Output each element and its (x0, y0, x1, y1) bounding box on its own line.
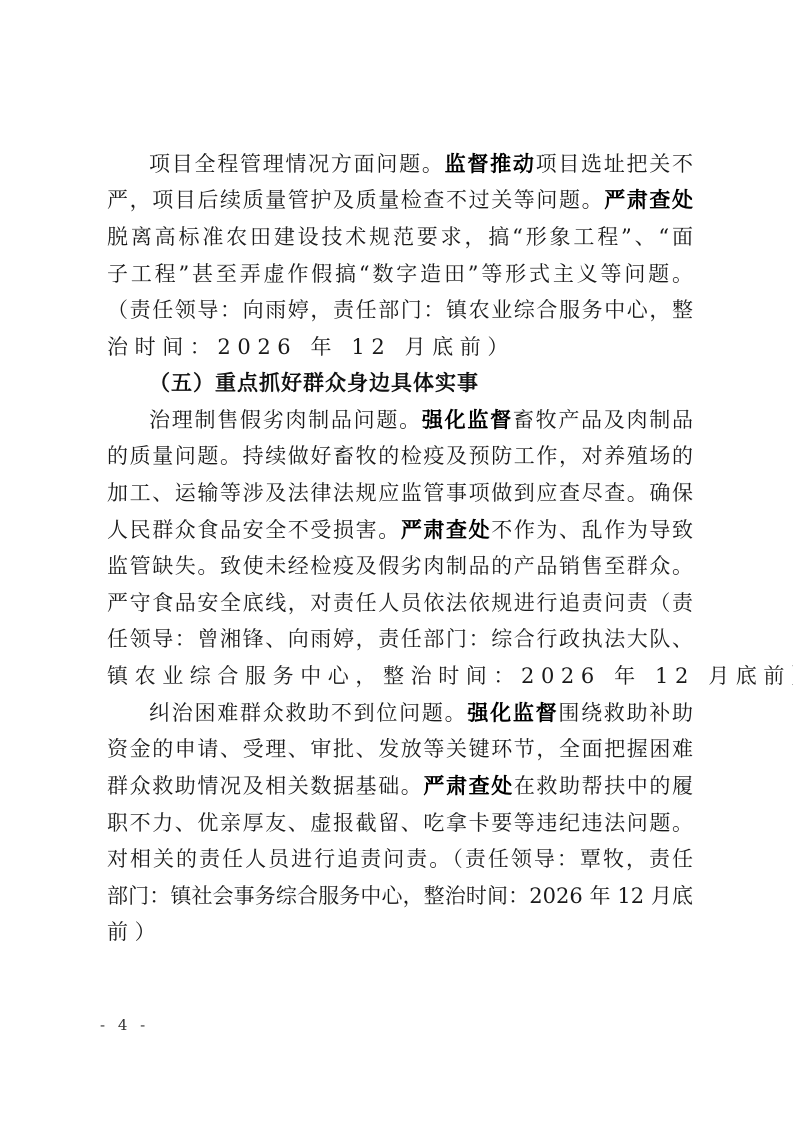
text-line: 严，项目后续质量管护及质量检查不过关等问题。严肃查处 (107, 185, 693, 215)
text-line: 群众救助情况及相关数据基础。严肃查处在救助帮扶中的履 (107, 771, 693, 801)
text-run: 在救助帮扶中的履 (514, 774, 693, 798)
text-run: 职不力、优亲厚友、虚报截留、吃拿卡要等违纪违法问题。 (107, 811, 693, 835)
text-run: 纠治困难群众救助不到位问题。 (149, 701, 467, 725)
text-run: 项目选址把关不 (536, 152, 693, 176)
text-line: 的质量问题。持续做好畜牧的检疫及预防工作，对养殖场的 (107, 441, 693, 471)
text-run: （责任领导：向雨婷，责任部门：镇农业综合服务中心，整 (107, 298, 693, 322)
text-line: 子工程”甚至弄虚作假搞“数字造田”等形式主义等问题。 (107, 259, 693, 289)
text-line: 资金的申请、受理、审批、发放等关键环节，全面把握困难 (107, 734, 693, 764)
text-run: 部门：镇社会事务综合服务中心，整治时间：2026 年 12 月底 (107, 884, 693, 908)
bold-keyword: 监督推动 (445, 152, 536, 176)
text-run: 加工、运输等涉及法律法规应监管事项做到应查尽查。确保 (107, 481, 693, 505)
text-line: 职不力、优亲厚友、虚报截留、吃拿卡要等违纪违法问题。 (107, 808, 693, 838)
text-line: 部门：镇社会事务综合服务中心，整治时间：2026 年 12 月底 (107, 881, 693, 911)
bold-keyword: 强化监督 (422, 408, 513, 432)
text-line: 项目全程管理情况方面问题。监督推动项目选址把关不 (149, 149, 693, 179)
text-line: 治理制售假劣肉制品问题。强化监督畜牧产品及肉制品 (149, 405, 693, 435)
text-run: 监管缺失。致使未经检疫及假劣肉制品的产品销售至群众。 (107, 554, 693, 578)
document-page: 项目全程管理情况方面问题。监督推动项目选址把关不 严，项目后续质量管护及质量检查… (0, 0, 793, 1122)
text-run: 围绕救助补助 (558, 701, 693, 725)
text-line: 任领导：曾湘锋、向雨婷，责任部门：综合行政执法大队、 (107, 624, 693, 654)
text-line: 监管缺失。致使未经检疫及假劣肉制品的产品销售至群众。 (107, 551, 693, 581)
section-heading: （五）重点抓好群众身边具体实事 (149, 368, 479, 398)
text-line: 加工、运输等涉及法律法规应监管事项做到应查尽查。确保 (107, 478, 693, 508)
text-run: 对相关的责任人员进行追责问责。（责任领导：覃牧，责任 (107, 847, 693, 871)
text-line: 治时间：2026 年 12 月底前） (107, 332, 693, 362)
text-line: 前） (107, 917, 693, 947)
bold-keyword: 强化监督 (467, 701, 558, 725)
text-run: 镇农业综合服务中心，整治时间：2026 年 12 月底前） (107, 664, 793, 688)
text-line: （责任领导：向雨婷，责任部门：镇农业综合服务中心，整 (107, 295, 693, 325)
page-number: - 4 - (100, 1016, 149, 1034)
text-run: 资金的申请、受理、审批、发放等关键环节，全面把握困难 (107, 737, 693, 761)
text-line: 对相关的责任人员进行追责问责。（责任领导：覃牧，责任 (107, 844, 693, 874)
text-run: 群众救助情况及相关数据基础。 (107, 774, 423, 798)
text-line: 镇农业综合服务中心，整治时间：2026 年 12 月底前） (107, 661, 693, 691)
bold-keyword: 严肃查处 (604, 188, 693, 212)
text-run: 的质量问题。持续做好畜牧的检疫及预防工作，对养殖场的 (107, 444, 693, 468)
text-line: 脱离高标准农田建设技术规范要求，搞“形象工程”、“面 (107, 222, 693, 252)
text-line: 人民群众食品安全不受损害。严肃查处不作为、乱作为导致 (107, 515, 693, 545)
text-run: 不作为、乱作为导致 (491, 518, 693, 542)
text-run: 任领导：曾湘锋、向雨婷，责任部门：综合行政执法大队、 (107, 627, 693, 651)
text-run: 脱离高标准农田建设技术规范要求，搞“形象工程”、“面 (107, 225, 693, 249)
text-run: 项目全程管理情况方面问题。 (149, 152, 445, 176)
text-run: 人民群众食品安全不受损害。 (107, 518, 401, 542)
text-run: 畜牧产品及肉制品 (513, 408, 693, 432)
text-run: 严，项目后续质量管护及质量检查不过关等问题。 (107, 188, 604, 212)
text-run: 严守食品安全底线，对责任人员依法依规进行追责问责（责 (107, 591, 693, 615)
text-run: 前） (107, 920, 162, 944)
text-line: 纠治困难群众救助不到位问题。强化监督围绕救助补助 (149, 698, 693, 728)
text-run: 子工程”甚至弄虚作假搞“数字造田”等形式主义等问题。 (107, 262, 693, 286)
bold-keyword: 严肃查处 (401, 518, 491, 542)
text-run: 治时间：2026 年 12 月底前） (107, 335, 515, 359)
bold-keyword: 严肃查处 (423, 774, 513, 798)
text-run: 治理制售假劣肉制品问题。 (149, 408, 422, 432)
text-line: 严守食品安全底线，对责任人员依法依规进行追责问责（责 (107, 588, 693, 618)
